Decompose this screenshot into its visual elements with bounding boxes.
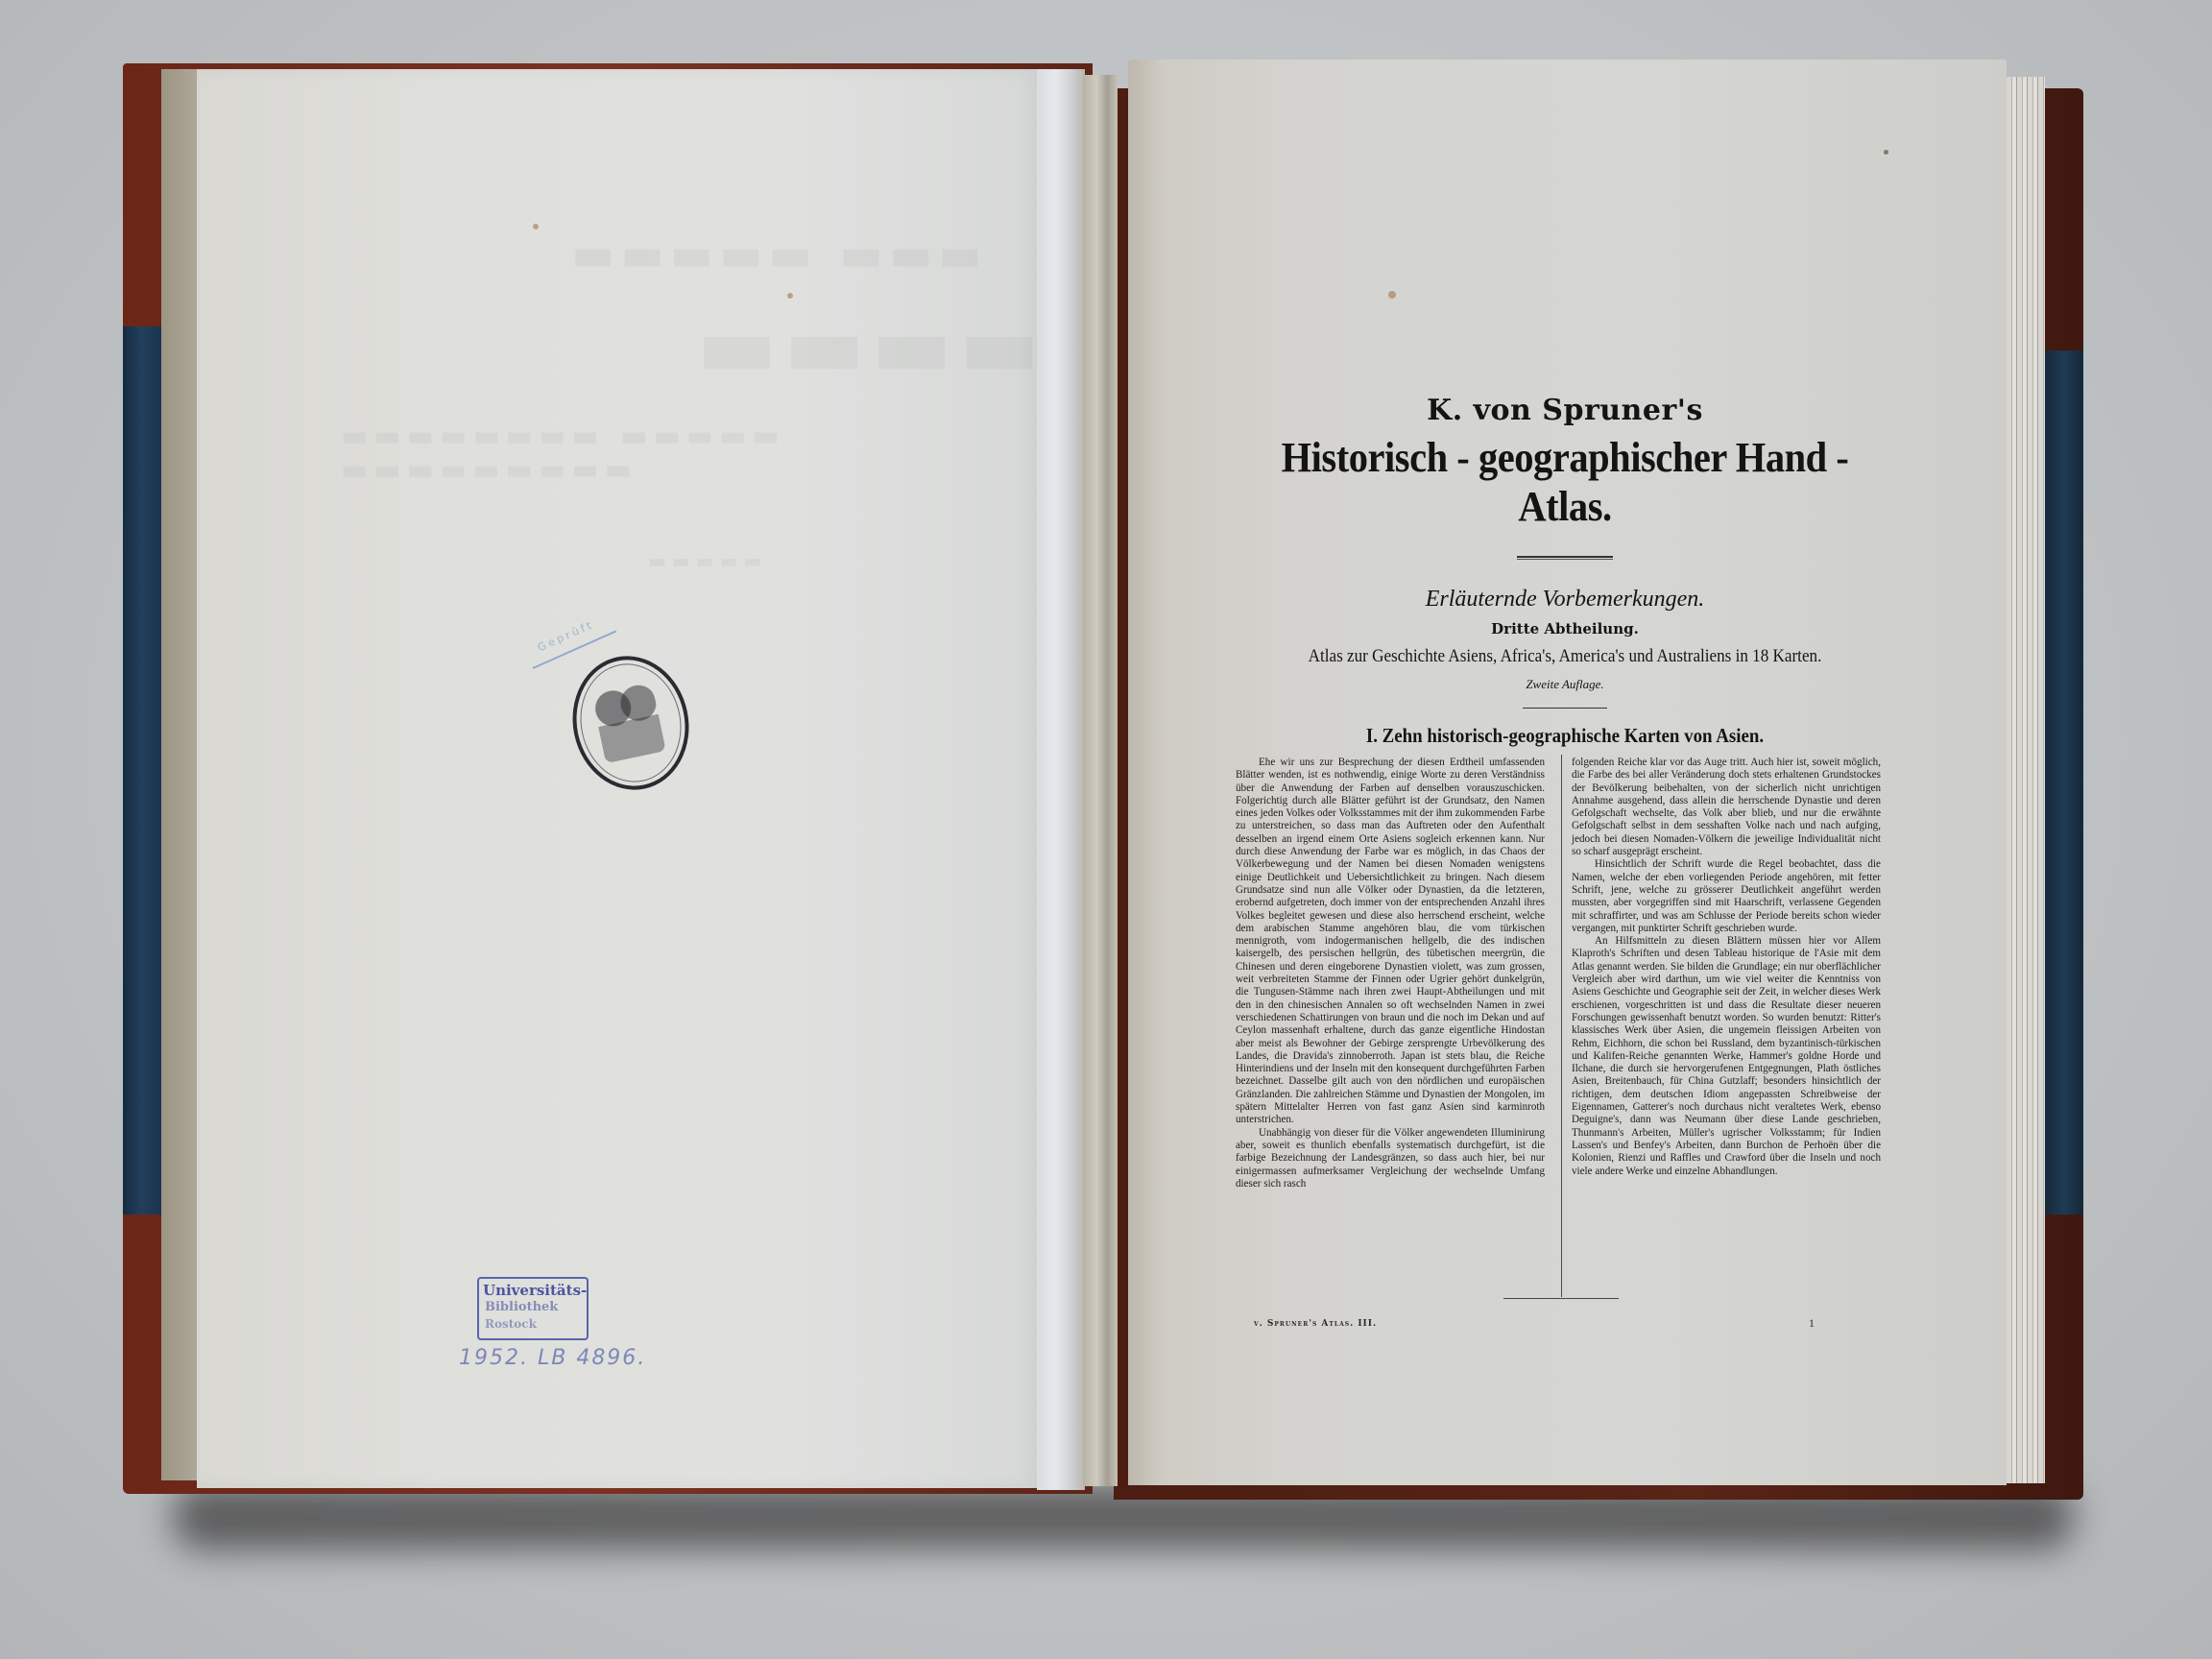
stamp-line-3: Rostock: [485, 1317, 537, 1331]
show-through-line: ▬▬▬▬▬: [648, 549, 767, 572]
text-column-right: folgenden Reiche klar vor das Auge tritt…: [1572, 757, 1881, 1178]
section-heading: I. Zehn historisch-geographische Karten …: [1254, 724, 1876, 748]
foxing-spot: [787, 293, 793, 299]
paragraph: Ehe wir uns zur Besprechung der diesen E…: [1236, 757, 1545, 1127]
back-cover-cloth: [2045, 350, 2083, 1214]
page-number: 1: [1809, 1316, 1815, 1331]
page-title: Historisch - geographischer Hand - Atlas…: [1247, 433, 1883, 531]
paragraph: folgenden Reiche klar vor das Auge tritt…: [1572, 757, 1881, 858]
edition-label: Zweite Auflage.: [1219, 677, 1911, 692]
footer-signature: v. Spruner's Atlas. III.: [1254, 1319, 1377, 1329]
front-endpaper-edge: [161, 69, 200, 1480]
show-through-subtitle: ▬▬▬▬▬▬▬▬ ▬▬▬▬▬ ▬▬▬▬▬▬▬▬▬: [341, 420, 1042, 487]
part-label: Dritte Abtheilung.: [1219, 620, 1911, 637]
paragraph: An Hilfsmitteln zu diesen Blättern müsse…: [1572, 935, 1881, 1178]
gutter-guard-strip: [1037, 69, 1085, 1490]
foxing-spot: [1884, 150, 1888, 155]
column-rule: [1561, 755, 1562, 1297]
shelf-mark: 1952. LB 4896.: [459, 1346, 646, 1370]
front-cover-cloth: [123, 326, 161, 1214]
title-divider: [1517, 556, 1613, 560]
foxing-spot: [1388, 291, 1396, 299]
author-line: K. von Spruner's: [1219, 394, 1911, 427]
subtitle: Erläuternde Vorbemerkungen.: [1219, 587, 1911, 613]
show-through-title: ▬▬▬▬▬ ▬▬▬: [571, 228, 988, 281]
book-gutter: [1083, 75, 1118, 1486]
text-column-left: Ehe wir uns zur Besprechung der diesen E…: [1236, 757, 1545, 1190]
show-through-title-large: ▬▬▬▬: [696, 295, 1046, 397]
title-block: K. von Spruner's Historisch - geographis…: [1219, 384, 1911, 748]
section-divider: [1523, 708, 1607, 709]
paragraph: Hinsichtlich der Schrift wurde die Regel…: [1572, 858, 1881, 935]
end-rule: [1503, 1298, 1619, 1299]
paragraph: Unabhängig von dieser für die Völker ang…: [1236, 1127, 1545, 1190]
stamp-line-1: Universitäts-: [483, 1282, 587, 1299]
foxing-spot: [533, 224, 539, 229]
atlas-description: Atlas zur Geschichte Asiens, Africa's, A…: [1254, 646, 1876, 667]
university-library-stamp: Universitäts- Bibliothek Rostock: [477, 1277, 589, 1340]
stamp-line-2: Bibliothek: [485, 1300, 558, 1314]
